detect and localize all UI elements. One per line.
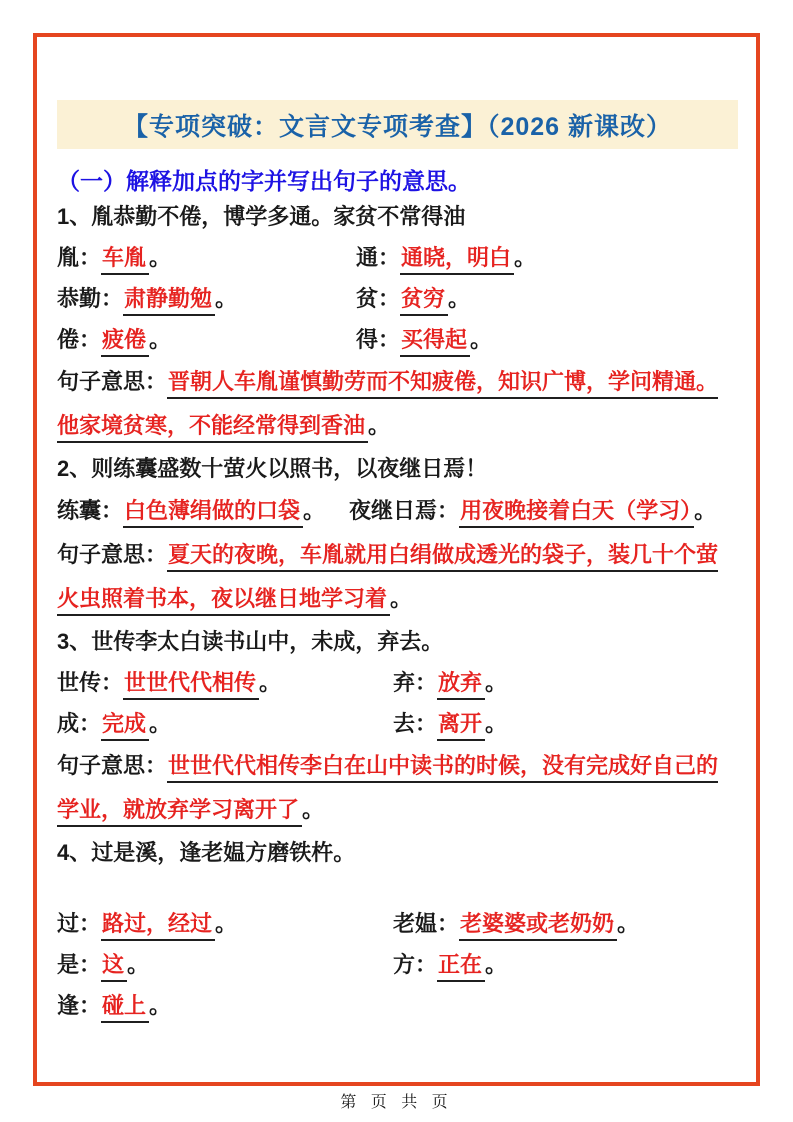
period: 。 bbox=[617, 911, 639, 936]
definition-cell: 成：完成。 bbox=[57, 703, 393, 744]
section-heading: （一）解释加点的字并写出句子的意思。 bbox=[57, 166, 738, 196]
term-label: 得： bbox=[356, 327, 400, 352]
definition-cell: 老媪：老婆婆或老奶奶。 bbox=[393, 903, 738, 944]
definition-cell: 弃：放弃。 bbox=[393, 662, 738, 703]
definition-row: 是：这。 方：正在。 bbox=[57, 944, 738, 985]
answer-blank: 路过，经过 bbox=[101, 911, 215, 941]
title-banner: 【专项突破：文言文专项考查】（2026 新课改） bbox=[57, 100, 738, 149]
meaning-label: 句子意思： bbox=[57, 542, 167, 567]
definition-cell: 是：这。 bbox=[57, 944, 393, 985]
definition-cell: 胤：车胤。 bbox=[57, 237, 356, 278]
answer-blank: 买得起 bbox=[400, 327, 470, 357]
answer-blank: 完成 bbox=[101, 711, 149, 741]
definition-cell: 去：离开。 bbox=[393, 703, 738, 744]
period: 。 bbox=[448, 286, 470, 311]
period: 。 bbox=[149, 245, 171, 270]
question-block-4: 4、过是溪，逢老媪方磨铁杵。 过：路过，经过。 老媪：老婆婆或老奶奶。 是：这。… bbox=[57, 832, 738, 1026]
sentence-meaning: 句子意思：晋朝人车胤谨慎勤劳而不知疲倦，知识广博，学问精通。他家境贫寒，不能经常… bbox=[57, 360, 738, 448]
term-label: 练囊： bbox=[57, 498, 123, 523]
definition-row: 过：路过，经过。 老媪：老婆婆或老奶奶。 bbox=[57, 903, 738, 944]
term-label: 恭勤： bbox=[57, 286, 123, 311]
term-label: 是： bbox=[57, 952, 101, 977]
term-label: 方： bbox=[393, 952, 437, 977]
definition-cell: 逢：碰上。 bbox=[57, 985, 393, 1026]
page-border: 【专项突破：文言文专项考查】（2026 新课改） （一）解释加点的字并写出句子的… bbox=[33, 33, 760, 1086]
answer-blank: 贫穷 bbox=[400, 286, 448, 316]
period: 。 bbox=[470, 327, 492, 352]
answer-blank: 用夜晚接着白天（学习） bbox=[459, 498, 694, 528]
term-label: 贫： bbox=[356, 286, 400, 311]
period: 。 bbox=[215, 286, 237, 311]
period: 。 bbox=[259, 670, 281, 695]
answer-blank: 老婆婆或老奶奶 bbox=[459, 911, 617, 941]
definition-row: 恭勤：肃静勤勉。 贫：贫穷。 bbox=[57, 278, 738, 319]
question-stem: 1、胤恭勤不倦，博学多通。家贫不常得油 bbox=[57, 196, 738, 237]
page-title: 【专项突破：文言文专项考查】（2026 新课改） bbox=[123, 107, 672, 143]
question-stem: 4、过是溪，逢老媪方磨铁杵。 bbox=[57, 832, 738, 873]
definition-row: 逢：碰上。 bbox=[57, 985, 738, 1026]
definition-cell: 恭勤：肃静勤勉。 bbox=[57, 278, 356, 319]
answer-blank: 正在 bbox=[437, 952, 485, 982]
term-label: 胤： bbox=[57, 245, 101, 270]
period: 。 bbox=[215, 911, 237, 936]
period: 。 bbox=[485, 952, 507, 977]
answer-blank: 肃静勤勉 bbox=[123, 286, 215, 316]
term-label: 世传： bbox=[57, 670, 123, 695]
period: 。 bbox=[485, 670, 507, 695]
definition-cell: 世传：世世代代相传。 bbox=[57, 662, 393, 703]
definition-cell: 贫：贫穷。 bbox=[356, 278, 738, 319]
page-footer: 第 页 共 页 bbox=[0, 1089, 793, 1112]
term-label: 去： bbox=[393, 711, 437, 736]
term-label: 过： bbox=[57, 911, 101, 936]
answer-blank: 车胤 bbox=[101, 245, 149, 275]
question-stem: 3、世传李太白读书山中，未成，弃去。 bbox=[57, 621, 738, 662]
definition-cell-empty bbox=[393, 985, 738, 1026]
term-label: 成： bbox=[57, 711, 101, 736]
period: 。 bbox=[149, 993, 171, 1018]
question-block-3: 3、世传李太白读书山中，未成，弃去。 世传：世世代代相传。 弃：放弃。 成：完成… bbox=[57, 621, 738, 832]
definition-cell: 通：通晓，明白。 bbox=[356, 237, 738, 278]
definition-flow: 练囊：白色薄绢做的口袋。夜继日焉：用夜晚接着白天（学习）。 bbox=[57, 489, 738, 533]
period: 。 bbox=[149, 327, 171, 352]
term-label: 倦： bbox=[57, 327, 101, 352]
sentence-meaning: 句子意思：世世代代相传李白在山中读书的时候，没有完成好自己的学业，就放弃学习离开… bbox=[57, 744, 738, 832]
meaning-label: 句子意思： bbox=[57, 369, 167, 394]
answer-blank: 碰上 bbox=[101, 993, 149, 1023]
definition-cell: 方：正在。 bbox=[393, 944, 738, 985]
term-label: 通： bbox=[356, 245, 400, 270]
period: 。 bbox=[514, 245, 536, 270]
sentence-meaning: 句子意思：夏天的夜晚，车胤就用白绢做成透光的袋子，装几十个萤火虫照着书本，夜以继… bbox=[57, 533, 738, 621]
question-stem: 2、则练囊盛数十萤火以照书，以夜继日焉！ bbox=[57, 448, 738, 489]
period: 。 bbox=[390, 586, 412, 611]
answer-blank: 这 bbox=[101, 952, 127, 982]
definition-row: 倦：疲倦。 得：买得起。 bbox=[57, 319, 738, 360]
period: 。 bbox=[149, 711, 171, 736]
term-label: 夜继日焉： bbox=[349, 498, 459, 523]
period: 。 bbox=[485, 711, 507, 736]
term-label: 逢： bbox=[57, 993, 101, 1018]
definition-cell: 倦：疲倦。 bbox=[57, 319, 356, 360]
answer-blank: 放弃 bbox=[437, 670, 485, 700]
period: 。 bbox=[694, 498, 716, 523]
worksheet-page: 【专项突破：文言文专项考查】（2026 新课改） （一）解释加点的字并写出句子的… bbox=[0, 0, 793, 1122]
definition-row: 世传：世世代代相传。 弃：放弃。 bbox=[57, 662, 738, 703]
answer-blank: 离开 bbox=[437, 711, 485, 741]
answer-blank: 白色薄绢做的口袋 bbox=[123, 498, 303, 528]
definition-cell: 过：路过，经过。 bbox=[57, 903, 393, 944]
answer-blank: 疲倦 bbox=[101, 327, 149, 357]
answer-blank: 通晓，明白 bbox=[400, 245, 514, 275]
definition-cell: 得：买得起。 bbox=[356, 319, 738, 360]
period: 。 bbox=[368, 413, 390, 438]
term-label: 弃： bbox=[393, 670, 437, 695]
period: 。 bbox=[303, 498, 325, 523]
definition-row: 成：完成。 去：离开。 bbox=[57, 703, 738, 744]
meaning-label: 句子意思： bbox=[57, 753, 167, 778]
question-block-1: 1、胤恭勤不倦，博学多通。家贫不常得油 胤：车胤。 通：通晓，明白。 恭勤：肃静… bbox=[57, 196, 738, 448]
period: 。 bbox=[302, 797, 324, 822]
question-block-2: 2、则练囊盛数十萤火以照书，以夜继日焉！ 练囊：白色薄绢做的口袋。夜继日焉：用夜… bbox=[57, 448, 738, 621]
period: 。 bbox=[127, 952, 149, 977]
answer-blank: 世世代代相传 bbox=[123, 670, 259, 700]
term-label: 老媪： bbox=[393, 911, 459, 936]
definition-row: 胤：车胤。 通：通晓，明白。 bbox=[57, 237, 738, 278]
